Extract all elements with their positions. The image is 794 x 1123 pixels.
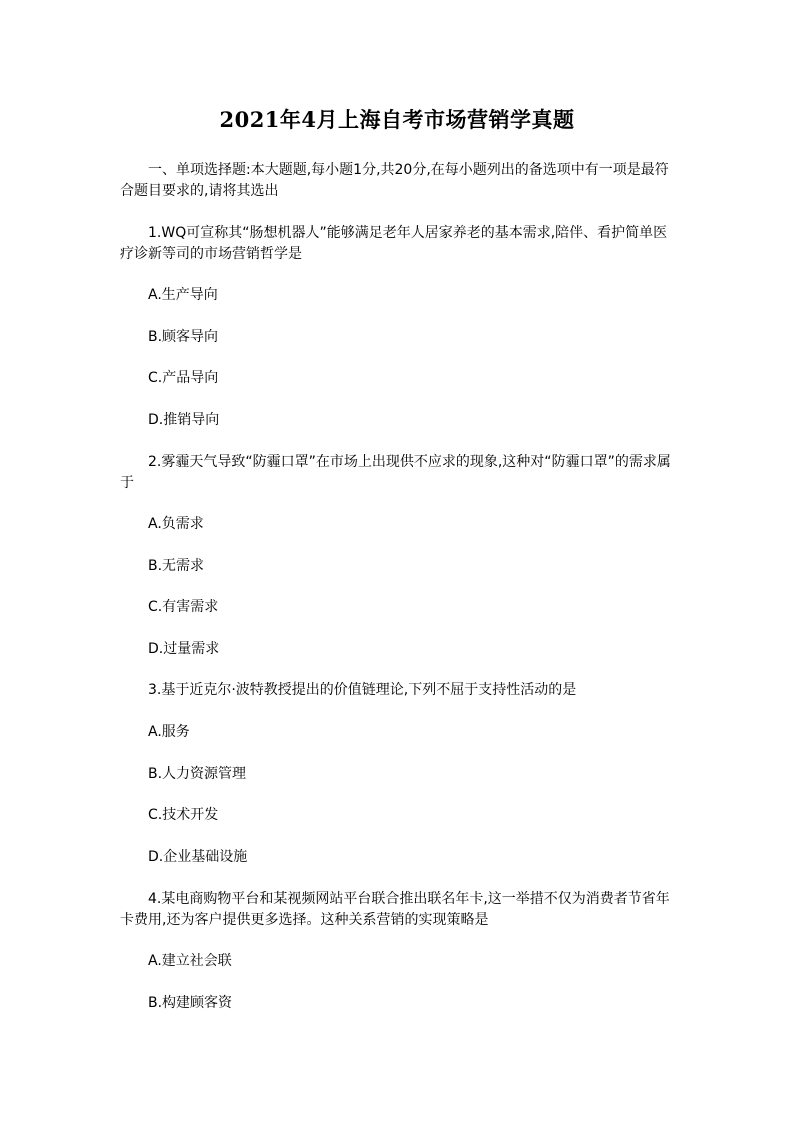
document-page: 2021年4月上海自考市场营销学真题 一、单项选择题:本大题题,每小题1分,共2… [0,0,794,1123]
question-1-stem: 1.WQ可宣称其“肠想机器人”能够满足老年人居家养老的基本需求,陪伴、看护简单医… [120,223,680,265]
question-3-option-b: B.人力资源管理 [148,764,246,785]
question-1-option-c: C.产品导向 [148,368,218,389]
question-2-option-b: B.无需求 [148,556,204,577]
question-3-option-d: D.企业基础设施 [148,847,247,868]
section-heading: 一、单项选择题:本大题题,每小题1分,共20分,在每小题列出的备选项中有一项是最… [120,160,680,202]
question-2-stem: 2.雾霾天气导致“防霾口罩”在市场上出现供不应求的现象,这种对“防霾口罩”的需求… [120,452,680,494]
question-1-option-b: B.顾客导向 [148,327,218,348]
question-3-option-a: A.服务 [148,722,190,743]
question-2-option-c: C.有害需求 [148,597,218,618]
document-title: 2021年4月上海自考市场营销学真题 [0,104,794,134]
question-4-option-b: B.构建顾客资 [148,993,232,1014]
question-2-option-d: D.过量需求 [148,639,219,660]
question-4-option-a: A.建立社会联 [148,951,232,972]
question-1-option-a: A.生产导向 [148,285,218,306]
question-3-stem: 3.基于近克尔·波特教授提出的价值链理论,下列不屈于支持性活动的是 [120,680,680,701]
question-3-option-c: C.技术开发 [148,805,218,826]
question-1-option-d: D.推销导向 [148,410,219,431]
question-4-stem: 4.某电商购物平台和某视频网站平台联合推出联名年卡,这一举措不仅为消费者节省年卡… [120,889,680,931]
question-2-option-a: A.负需求 [148,514,204,535]
